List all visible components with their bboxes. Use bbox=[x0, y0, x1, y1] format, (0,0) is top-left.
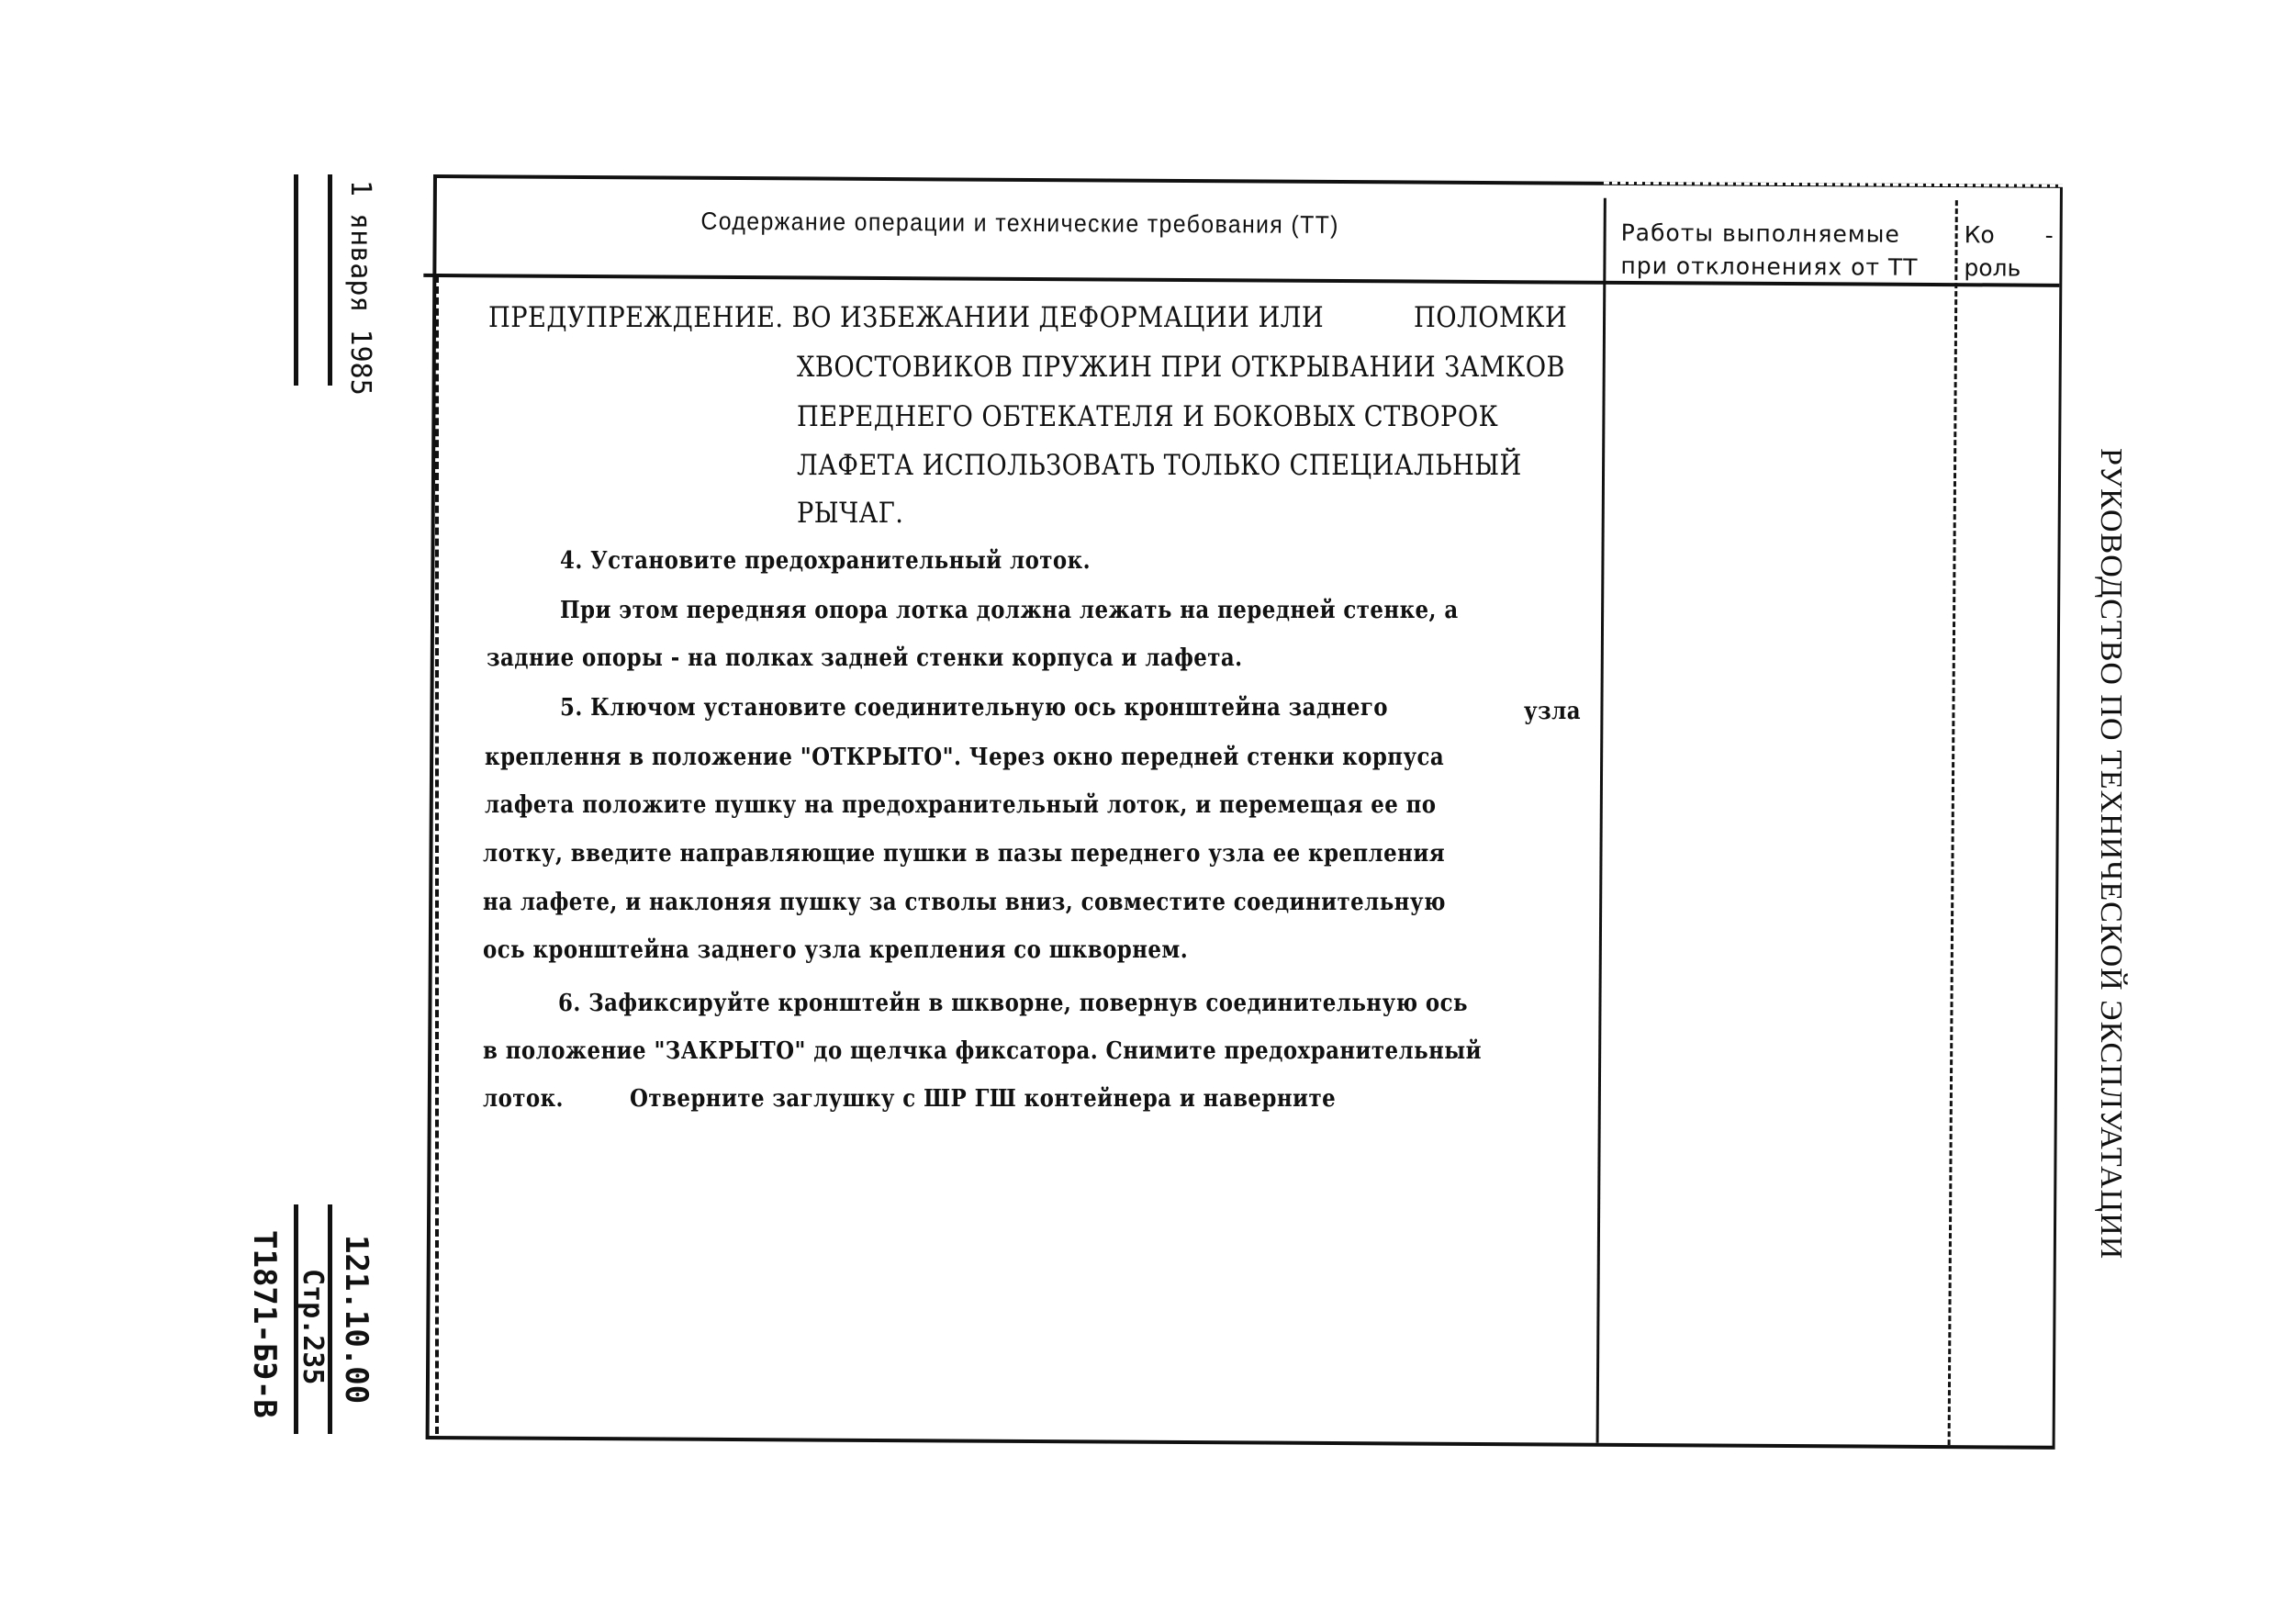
step-5-text-5: ось кронштейна заднего узла крепления со… bbox=[483, 936, 1188, 964]
header-control-hyphen: - bbox=[2045, 219, 2054, 252]
warning-line-1-tail: ПОЛОМКИ bbox=[1414, 301, 1567, 334]
warning-line-2: ХВОСТОВИКОВ ПРУЖИН ПРИ ОТКРЫВАНИИ ЗАМКОВ bbox=[797, 351, 1565, 384]
header-control-line2: роль bbox=[1964, 252, 2065, 286]
step-6-text-2: лоток. bbox=[483, 1085, 564, 1113]
step-4-title: 4. Установите предохранительный лоток. bbox=[560, 547, 1091, 575]
header-work-line1: Работы выполняемые bbox=[1621, 217, 1961, 252]
header-deviation-work: Работы выполняемые при отклонениях от ТТ bbox=[1620, 217, 1960, 285]
step-6-text-3: Отверните заглушку с ШР ГШ контейнера и … bbox=[630, 1085, 1336, 1113]
doc-number: 121.10.00 bbox=[338, 1235, 375, 1404]
step-5-text-2: лафета положите пушку на предохранительн… bbox=[485, 791, 1436, 819]
header-work-line2: при отклонениях от ТТ bbox=[1620, 250, 1960, 285]
warning-line-5: РЫЧАГ. bbox=[797, 497, 903, 530]
step-5-text-1: креплення в положение "ОТКРЫТО". Через о… bbox=[485, 744, 1444, 771]
step-6-title: 6. Зафиксируйте кронштейн в шкворне, пов… bbox=[558, 990, 1468, 1017]
warning-line-4: ЛАФЕТА ИСПОЛЬЗОВАТЬ ТОЛЬКО СПЕЦИАЛЬНЫЙ bbox=[797, 449, 1522, 482]
top-border-dashed-segment bbox=[1604, 182, 2064, 187]
margin-rule-outer-top bbox=[294, 174, 298, 386]
page-number: Стр.235 bbox=[297, 1269, 329, 1384]
header-operation-content: Содержание операции и технические требов… bbox=[483, 206, 1556, 241]
step-5-text-3: лотку, введите направляющие пушки в пазы… bbox=[483, 840, 1445, 868]
margin-rule-inner-top bbox=[328, 174, 332, 386]
warning-line-3: ПЕРЕДНЕГО ОБТЕКАТЕЛЯ И БОКОВЫХ СТВОРОК bbox=[797, 400, 1498, 433]
header-control: Ко - роль bbox=[1964, 218, 2065, 286]
column-divider-work bbox=[1596, 198, 1606, 1443]
step-5-title-tail: узла bbox=[1524, 698, 1581, 725]
step-4-text-1: При этом передняя опора лотка должна леж… bbox=[560, 597, 1459, 624]
column-divider-control bbox=[1948, 200, 1958, 1445]
revision-date: 1 января 1985 bbox=[344, 180, 376, 396]
document-code: Т1871-БЭ-В bbox=[246, 1230, 283, 1418]
step-4-text-2: задние опоры - на полках задней стенки к… bbox=[487, 644, 1243, 672]
step-5-title: 5. Ключом установите соединительную ось … bbox=[560, 694, 1388, 722]
warning-line-1: ПРЕДУПРЕЖДЕНИЕ. ВО ИЗБЕЖАНИИ ДЕФОРМАЦИИ … bbox=[488, 301, 1324, 334]
manual-title-vertical: РУКОВОДСТВО ПО ТЕХНИЧЕСКОЙ ЭКСПЛУАТАЦИИ bbox=[2093, 448, 2128, 1260]
step-6-text-1: в положение "ЗАКРЫТО" до щелчка фиксатор… bbox=[483, 1037, 1482, 1065]
step-5-text-4: на лафете, и наклоняя пушку за стволы вн… bbox=[483, 889, 1446, 916]
